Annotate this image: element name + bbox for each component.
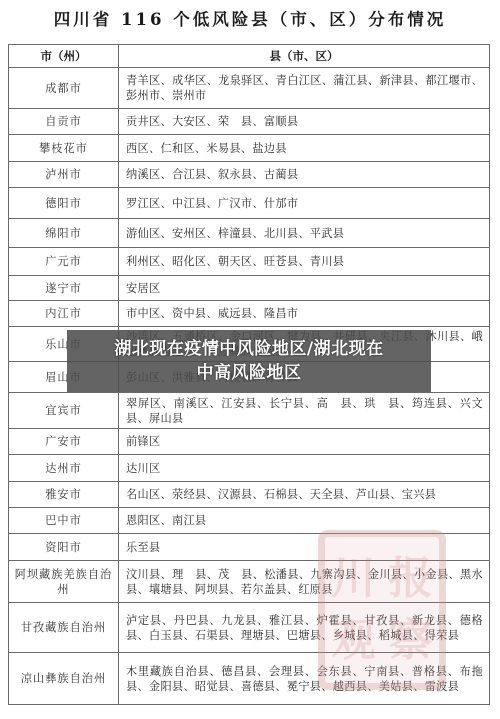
city-cell: 德阳市 [9, 188, 119, 219]
header-city: 市（州） [9, 45, 119, 68]
city-cell: 凉山彝族自治州 [9, 653, 119, 705]
counties-cell: 汶川县、理 县、茂 县、松潘县、九寨沟县、金川县、小金县、黑水县、壤塘县、阿坝县… [119, 561, 490, 603]
counties-cell: 游仙区、安州区、梓潼县、北川县、平武县 [119, 219, 490, 248]
counties-cell: 泸定县、丹巴县、九龙县、雅江县、炉霍县、甘孜县、新龙县、德格县、白玉县、石渠县、… [119, 603, 490, 653]
table-row: 资阳市乐至县 [9, 534, 490, 561]
counties-cell: 贡井区、大安区、荣 县、富顺县 [119, 109, 490, 135]
counties-cell: 西区、仁和区、米易县、盐边县 [119, 135, 490, 162]
counties-cell: 前锋区 [119, 429, 490, 455]
headline-overlay-banner: 湖北现在疫情中风险地区/湖北现在 中高风险地区 [67, 330, 431, 392]
city-cell: 广安市 [9, 429, 119, 455]
header-counties: 县（市、区） [119, 45, 490, 68]
city-cell: 遂宁市 [9, 276, 119, 301]
counties-cell: 达川区 [119, 455, 490, 482]
city-cell: 成都市 [9, 68, 119, 109]
table-row: 达州市达川区 [9, 455, 490, 482]
city-cell: 阿坝藏族羌族自治州 [9, 561, 119, 603]
table-row: 凉山彝族自治州木里藏族自治县、德昌县、会理县、会东县、宁南县、普格县、布拖县、金… [9, 653, 490, 705]
table-row: 广元市利州区、昭化区、朝天区、旺苍县、青川县 [9, 248, 490, 276]
city-cell: 资阳市 [9, 534, 119, 561]
table-row: 内江市市中区、资中县、威远县、隆昌市 [9, 301, 490, 327]
table-row: 甘孜藏族自治州泸定县、丹巴县、九龙县、雅江县、炉霍县、甘孜县、新龙县、德格县、白… [9, 603, 490, 653]
counties-cell: 乐至县 [119, 534, 490, 561]
counties-cell: 罗江区、中江县、广汉市、什邡市 [119, 188, 490, 219]
table-row: 巴中市恩阳区、南江县 [9, 508, 490, 534]
city-cell: 宜宾市 [9, 393, 119, 429]
table-row: 成都市青羊区、成华区、龙泉驿区、青白江区、蒲江县、新津县、都江堰市、彭州市、崇州… [9, 68, 490, 109]
overlay-headline-line-1: 湖北现在疫情中风险地区/湖北现在 [114, 337, 383, 361]
counties-cell: 纳溪区、合江县、叙永县、古蔺县 [119, 162, 490, 188]
counties-cell: 市中区、资中县、威远县、隆昌市 [119, 301, 490, 327]
table-row: 自贡市贡井区、大安区、荣 县、富顺县 [9, 109, 490, 135]
document-title: 四川省 116 个低风险县（市、区）分布情况 [0, 6, 500, 30]
table-row: 绵阳市游仙区、安州区、梓潼县、北川县、平武县 [9, 219, 490, 248]
table-row: 遂宁市安居区 [9, 276, 490, 301]
counties-cell: 木里藏族自治县、德昌县、会理县、会东县、宁南县、普格县、布拖县、金阳县、昭觉县、… [119, 653, 490, 705]
table-row: 广安市前锋区 [9, 429, 490, 455]
counties-cell: 利州区、昭化区、朝天区、旺苍县、青川县 [119, 248, 490, 276]
counties-cell: 名山区、荥经县、汉源县、石棉县、天全县、芦山县、宝兴县 [119, 482, 490, 508]
city-cell: 泸州市 [9, 162, 119, 188]
city-cell: 雅安市 [9, 482, 119, 508]
city-cell: 巴中市 [9, 508, 119, 534]
city-cell: 广元市 [9, 248, 119, 276]
table-header-row: 市（州） 县（市、区） [9, 45, 490, 68]
counties-cell: 翠屏区、南溪区、江安县、长宁县、高 县、珙 县、筠连县、兴文县、屏山县 [119, 393, 490, 429]
table-row: 攀枝花市西区、仁和区、米易县、盐边县 [9, 135, 490, 162]
table-row: 阿坝藏族羌族自治州汶川县、理 县、茂 县、松潘县、九寨沟县、金川县、小金县、黑水… [9, 561, 490, 603]
table-row: 宜宾市翠屏区、南溪区、江安县、长宁县、高 县、珙 县、筠连县、兴文县、屏山县 [9, 393, 490, 429]
counties-cell: 青羊区、成华区、龙泉驿区、青白江区、蒲江县、新津县、都江堰市、彭州市、崇州市 [119, 68, 490, 109]
city-cell: 内江市 [9, 301, 119, 327]
city-cell: 攀枝花市 [9, 135, 119, 162]
table-row: 泸州市纳溪区、合江县、叙永县、古蔺县 [9, 162, 490, 188]
table-row: 雅安市名山区、荥经县、汉源县、石棉县、天全县、芦山县、宝兴县 [9, 482, 490, 508]
counties-cell: 安居区 [119, 276, 490, 301]
overlay-headline-line-2: 中高风险地区 [197, 361, 302, 385]
city-cell: 达州市 [9, 455, 119, 482]
city-cell: 绵阳市 [9, 219, 119, 248]
counties-cell: 恩阳区、南江县 [119, 508, 490, 534]
city-cell: 自贡市 [9, 109, 119, 135]
city-cell: 甘孜藏族自治州 [9, 603, 119, 653]
table-row: 德阳市罗江区、中江县、广汉市、什邡市 [9, 188, 490, 219]
